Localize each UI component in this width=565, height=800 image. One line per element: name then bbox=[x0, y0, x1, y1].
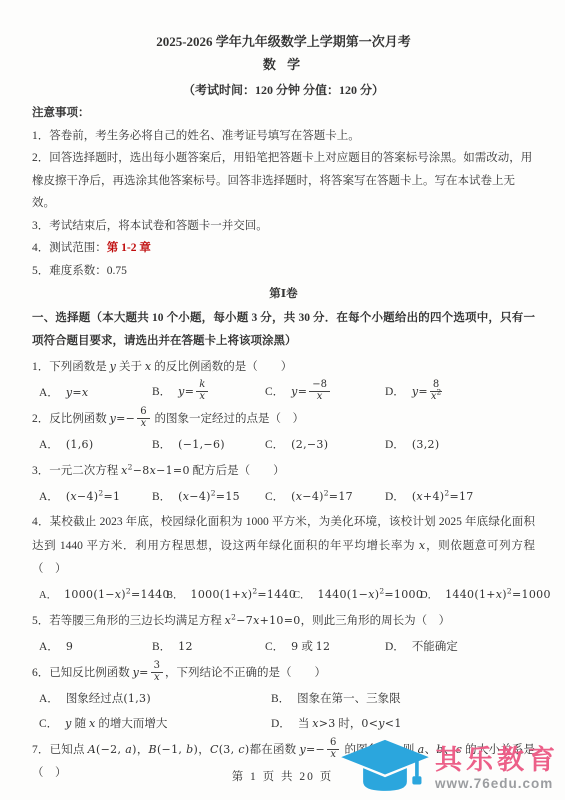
exam-subject: 数 学 bbox=[32, 52, 535, 78]
graduation-cap-icon bbox=[339, 738, 431, 800]
question-5-options: A．9 B．12 C．9 或 12 D．不能确定 bbox=[32, 634, 535, 658]
question-5-option-a: A．9 bbox=[39, 638, 152, 654]
question-3-option-a: A．(x−4)2=1 bbox=[39, 488, 152, 504]
question-5: 5．若等腰三角形的三边长均满足方程 x2−7x+10=0，则此三角形的周长为（ … bbox=[32, 609, 535, 658]
question-2-options: A．(1,6) B．(−1,−6) C．(2,−3) D．(3,2) bbox=[32, 432, 535, 456]
question-4-options: A．1000(1−x)2=1440 B．1000(1+x)2=1440 C．14… bbox=[32, 582, 535, 606]
question-3: 3．一元二次方程 x2−8x−1=0 配方后是（ ） A．(x−4)2=1 B．… bbox=[32, 459, 535, 508]
question-1: 1．下列函数是 y 关于 x 的反比例函数的是（ ） A．y=x B．y=kx … bbox=[32, 355, 535, 404]
question-5-option-b: B．12 bbox=[152, 638, 265, 654]
logo-website: www.76edu.com bbox=[435, 775, 559, 793]
question-3-option-c: C．(x−4)2=17 bbox=[265, 488, 385, 504]
question-6-option-b: B．图象在第一、三象限 bbox=[271, 690, 535, 706]
exam-title: 2025-2026 学年九年级数学上学期第一次月考 bbox=[32, 32, 535, 52]
question-2-option-a: A．(1,6) bbox=[39, 436, 152, 452]
exam-info: （考试时间：120 分钟 分值：120 分） bbox=[32, 78, 535, 102]
notices-heading: 注意事项： bbox=[32, 102, 535, 125]
question-6-option-a: A．图象经过点(1,3) bbox=[39, 690, 271, 706]
logo-text: 其乐教育 www.76edu.com bbox=[435, 745, 559, 793]
notice-5: 5．难度系数：0.75 bbox=[32, 260, 535, 283]
question-4-option-d: D．1440(1+x)2=1000 bbox=[420, 587, 551, 602]
question-2-stem: 2．反比例函数 y=−6x 的图象一定经过的点是（ ） bbox=[32, 407, 535, 431]
question-5-option-d: D．不能确定 bbox=[385, 638, 535, 654]
exam-paper-page: 2025-2026 学年九年级数学上学期第一次月考 数 学 （考试时间：120 … bbox=[0, 0, 565, 800]
question-1-option-d: D．y=8x2 bbox=[385, 381, 535, 404]
question-6: 6．已知反比例函数 y=3x，下列结论不正确的是（ ） A．图象经过点(1,3)… bbox=[32, 661, 535, 735]
question-5-stem: 5．若等腰三角形的三边长均满足方程 x2−7x+10=0，则此三角形的周长为（ … bbox=[32, 609, 535, 633]
question-3-options: A．(x−4)2=1 B．(x−4)2=15 C．(x−4)2=17 D．(x+… bbox=[32, 484, 535, 508]
question-4: 4．某校截止 2023 年底，校园绿化面积为 1000 平方米，为美化环境，该校… bbox=[32, 511, 535, 606]
question-2-option-c: C．(2,−3) bbox=[265, 436, 385, 452]
question-1-option-a: A．y=x bbox=[39, 384, 152, 400]
part-title: 第Ⅰ卷 bbox=[32, 283, 535, 306]
question-3-stem: 3．一元二次方程 x2−8x−1=0 配方后是（ ） bbox=[32, 459, 535, 483]
question-6-options-row-2: C．y 随 x 的增大而增大 D．当 x>3 时，0<y<1 bbox=[32, 711, 535, 735]
question-2: 2．反比例函数 y=−6x 的图象一定经过的点是（ ） A．(1,6) B．(−… bbox=[32, 407, 535, 456]
question-2-option-b: B．(−1,−6) bbox=[152, 436, 265, 452]
question-1-options: A．y=x B．y=kx C．y=−8x D．y=8x2 bbox=[32, 380, 535, 404]
page-content: 2025-2026 学年九年级数学上学期第一次月考 数 学 （考试时间：120 … bbox=[0, 0, 565, 785]
question-4-option-c: C．1440(1−x)2=1000 bbox=[293, 587, 420, 602]
logo-brand-name: 其乐教育 bbox=[435, 745, 559, 775]
notice-1: 1．答卷前，考生务必将自己的姓名、准考证号填写在答题卡上。 bbox=[32, 125, 535, 148]
question-6-option-d: D．当 x>3 时，0<y<1 bbox=[271, 715, 535, 731]
notice-3: 3．考试结束后，将本试卷和答题卡一并交回。 bbox=[32, 215, 535, 238]
question-2-option-d: D．(3,2) bbox=[385, 436, 535, 452]
notice-4-prefix: 4．测试范围： bbox=[32, 242, 107, 254]
question-6-options-row-1: A．图象经过点(1,3) B．图象在第一、三象限 bbox=[32, 686, 535, 710]
question-4-option-a: A．1000(1−x)2=1440 bbox=[39, 587, 166, 602]
question-6-stem: 6．已知反比例函数 y=3x，下列结论不正确的是（ ） bbox=[32, 661, 535, 685]
question-3-option-d: D．(x+4)2=17 bbox=[385, 488, 535, 504]
question-3-option-b: B．(x−4)2=15 bbox=[152, 488, 265, 504]
question-1-stem: 1．下列函数是 y 关于 x 的反比例函数的是（ ） bbox=[32, 355, 535, 379]
question-4-option-b: B．1000(1+x)2=1440 bbox=[166, 587, 293, 602]
question-4-stem: 4．某校截止 2023 年底，校园绿化面积为 1000 平方米，为美化环境，该校… bbox=[32, 511, 535, 581]
notice-4-test-range: 第 1-2 章 bbox=[107, 242, 151, 254]
question-1-option-c: C．y=−8x bbox=[265, 381, 385, 404]
question-1-option-b: B．y=kx bbox=[152, 381, 265, 404]
section-intro: 一、选择题（本大题共 10 个小题，每小题 3 分，共 30 分．在每个小题给出… bbox=[32, 307, 535, 352]
notice-2: 2．回答选择题时，选出每小题答案后，用铅笔把答题卡上对应题目的答案标号涂黑。如需… bbox=[32, 147, 535, 215]
question-5-option-c: C．9 或 12 bbox=[265, 638, 385, 654]
notice-4: 4．测试范围：第 1-2 章 bbox=[32, 237, 535, 260]
question-6-option-c: C．y 随 x 的增大而增大 bbox=[39, 715, 271, 731]
qile-education-logo: 其乐教育 www.76edu.com bbox=[339, 738, 559, 800]
